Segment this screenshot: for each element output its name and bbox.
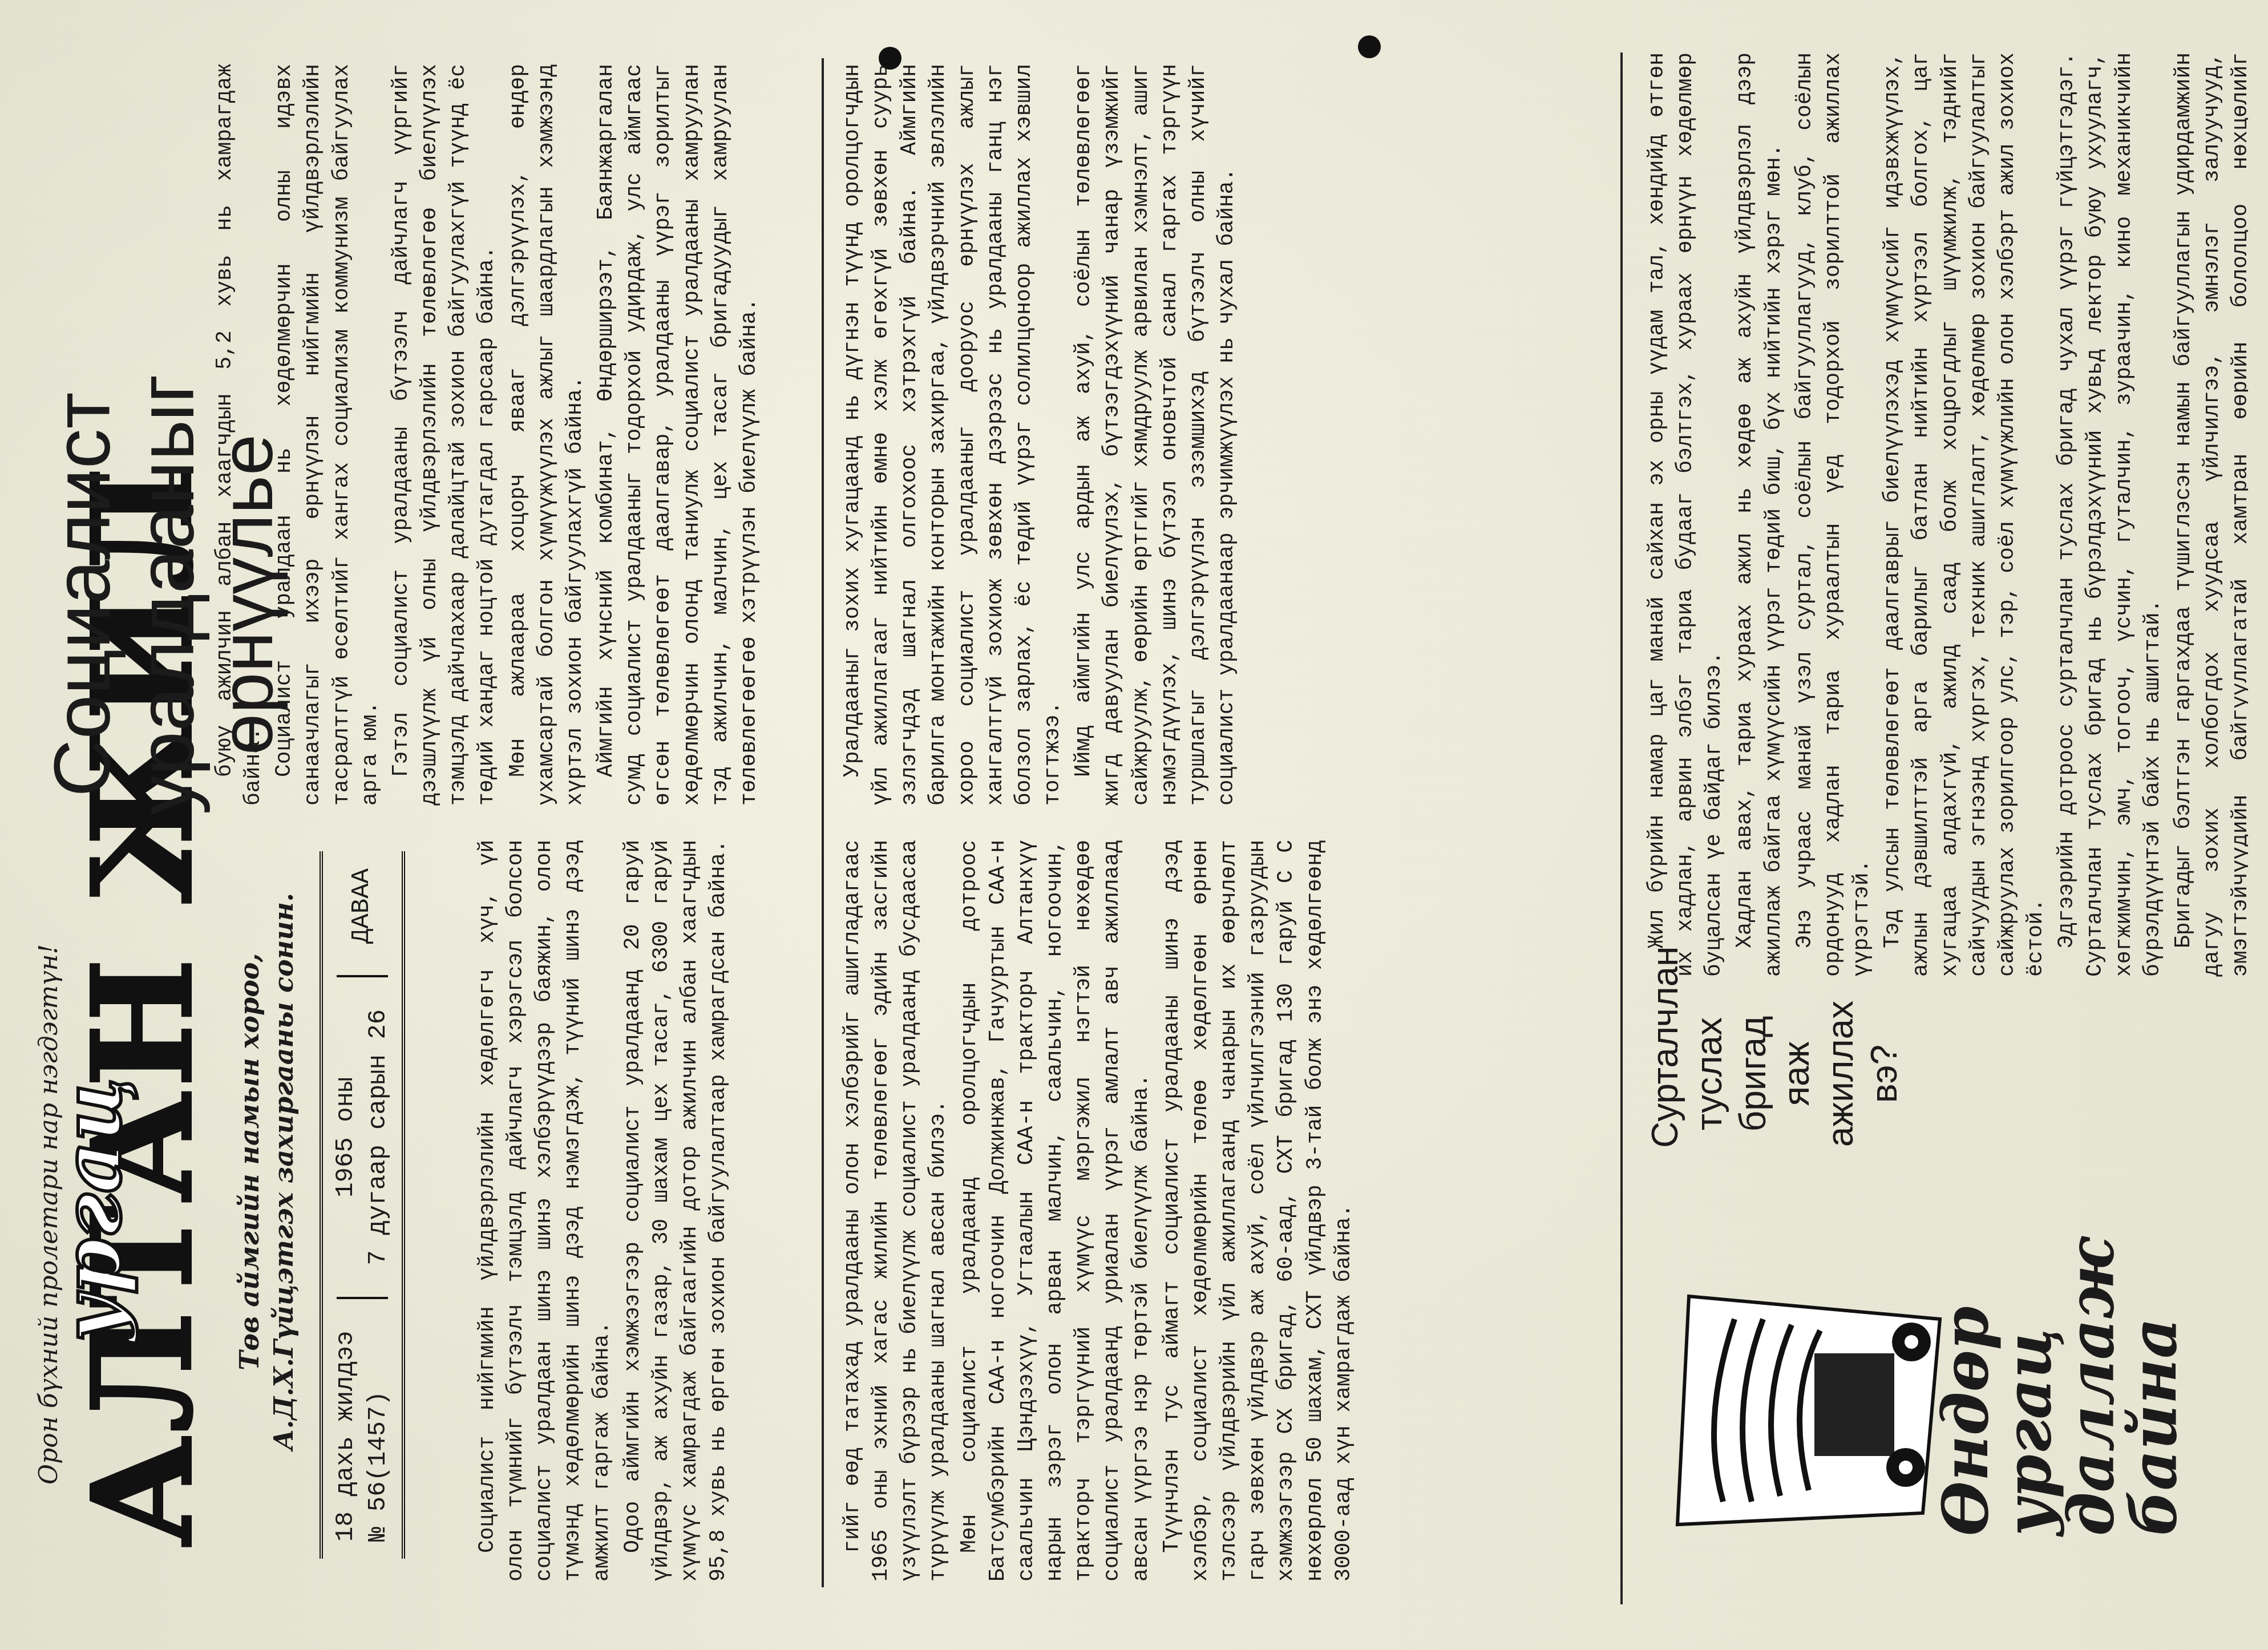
issue-info-bar: 18 дахь жилдээ № 56(1457) 1965 оны 7 дуг… [320,851,405,1559]
newspaper-page: Орон бүхний пролетари нар нэгдэгтүн! АЛТ… [0,0,2268,1650]
combine-harvester-illustration [1655,1285,1951,1536]
lead-article-column-4: Уралдааныг зохих хугацаанд нь дүгнэн түү… [839,64,1603,806]
issue-number: № 56(1457) [362,1330,395,1542]
section-divider [822,58,824,1587]
lead-article-column-3: гийг өөд татахад уралдааны олон хэлбэрий… [839,840,1603,1582]
volume-year: 18 дахь жилдээ [330,1330,362,1542]
issue-weekday: ДАВАА [346,868,378,944]
side-article-headline: Өндөр ургац даллаж байна [1934,1194,2185,1536]
newspaper-name-script: ургац [46,1077,139,1342]
lead-article-column-2: буюу ажилчин албан хаагчдын 5,2 хувь нь … [211,64,816,806]
punch-hole [1358,35,1381,58]
side-article-subtitle: Сурталчлан туслах бригад яаж ажиллах вэ? [1643,1000,1906,1148]
side-article-body: Жил бүрийн намар цаг манай сайхан эх орн… [1643,52,2248,977]
section-divider [1620,52,1623,1604]
divider [337,975,388,977]
divider [337,1297,388,1299]
issue-year: 1965 оны [330,1077,362,1198]
newspaper-scan: Орон бүхний пролетари нар нэгдэгтүн! АЛТ… [0,0,2268,1650]
lead-article-column-1: Социалист нийгмийн үйлдвэрлэлийн хөдөлгө… [474,840,816,1582]
lead-title-line: Социалист уралдааныг [40,167,208,1022]
issue-date: 7 дугаар сарын 26 [362,1009,395,1265]
